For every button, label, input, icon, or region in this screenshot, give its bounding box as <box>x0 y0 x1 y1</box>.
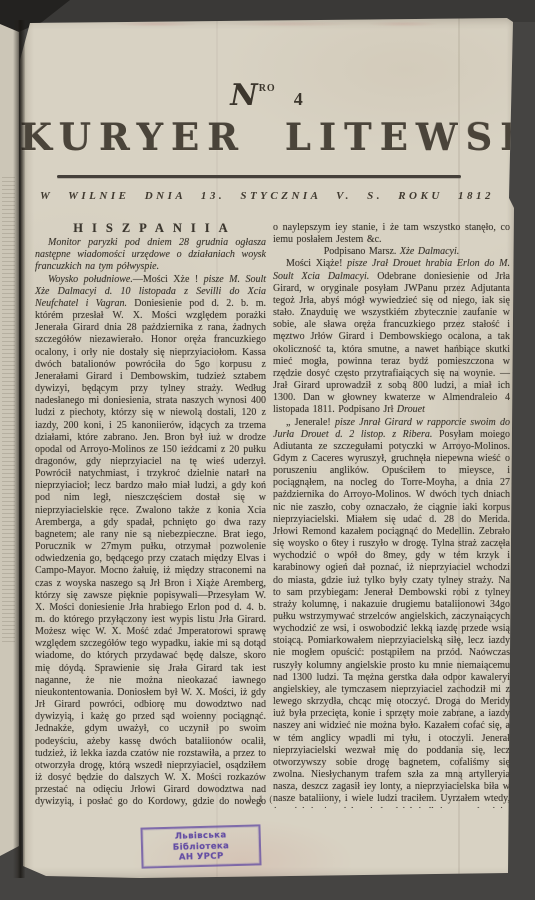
newspaper-page: NRO4 KURYER LITEWSKI W WILNIE DNIA 13. S… <box>20 18 514 878</box>
erlon-letter-paragraph: Mości Xiąże! pisze Jrał Drouet hrabia Er… <box>273 258 510 416</box>
paragraph-signature: Drouet <box>397 404 425 415</box>
issue-superscript: RO <box>259 83 276 94</box>
masthead-rule <box>57 175 461 178</box>
girard-report-paragraph: „ Jenerale! pisze Jnrał Girard w rapporc… <box>273 417 510 809</box>
signoff-name: Xże Dalmacyi. <box>400 246 459 257</box>
library-stamp: Львівська Бібліотека АН УРСР <box>140 824 261 868</box>
army-report-paragraph: Woysko południowe.—Mości Xże ! pisze M. … <box>35 274 266 808</box>
dateline: W WILNIE DNIA 13. STYCZNIA V. S. ROKU 18… <box>20 190 514 202</box>
paragraph-body: Odebrane doniesienie od Jrła Girard, w o… <box>273 271 510 416</box>
article-columns: HISZPANIIA Monitor paryzki pod dniem 28 … <box>20 222 514 808</box>
printer-signature-mark: } 1 ( <box>248 794 274 804</box>
ghost-text-lines <box>2 174 15 644</box>
paragraph-connector: —Mości Xże ! <box>133 274 204 285</box>
paragraph-lead: Mości Xiąże! <box>286 258 347 269</box>
left-column: HISZPANIIA Monitor paryzki pod dniem 28 … <box>35 222 266 808</box>
paragraph-body: Doniesienie pod d. 2. b. m. którém przes… <box>35 298 266 808</box>
issue-digit: 4 <box>294 89 304 109</box>
masthead-title: KURYER LITEWSKI <box>20 115 514 159</box>
signoff-line: Podpisano Marsz. Xże Dalmacyi. <box>273 246 510 258</box>
paragraph-lead: Woysko południowe. <box>48 274 133 285</box>
previous-page-edge <box>0 24 19 856</box>
intro-paragraph: Monitor paryzki pod dniem 28 grudnia ogł… <box>35 237 266 273</box>
continuation-paragraph: o naylepszym iey stanie, i że tam wszyst… <box>273 222 510 246</box>
stamp-line-1: Львівська Бібліотека <box>149 830 254 854</box>
paragraph-lead: „ Jenerale! <box>286 417 335 428</box>
issue-prefix: N <box>230 78 257 113</box>
scan-background: NRO4 KURYER LITEWSKI W WILNIE DNIA 13. S… <box>0 0 535 900</box>
section-heading: HISZPANIIA <box>35 222 266 234</box>
paragraph-body: Posyłam moiego Adiutanta ze szczegułami … <box>273 429 510 808</box>
signoff-roman: Podpisano Marsz. <box>324 246 400 257</box>
issue-number: NRO4 <box>20 78 514 113</box>
stamp-line-2: АН УРСР <box>149 851 253 864</box>
right-column: o naylepszym iey stanie, i że tam wszyst… <box>273 222 510 808</box>
